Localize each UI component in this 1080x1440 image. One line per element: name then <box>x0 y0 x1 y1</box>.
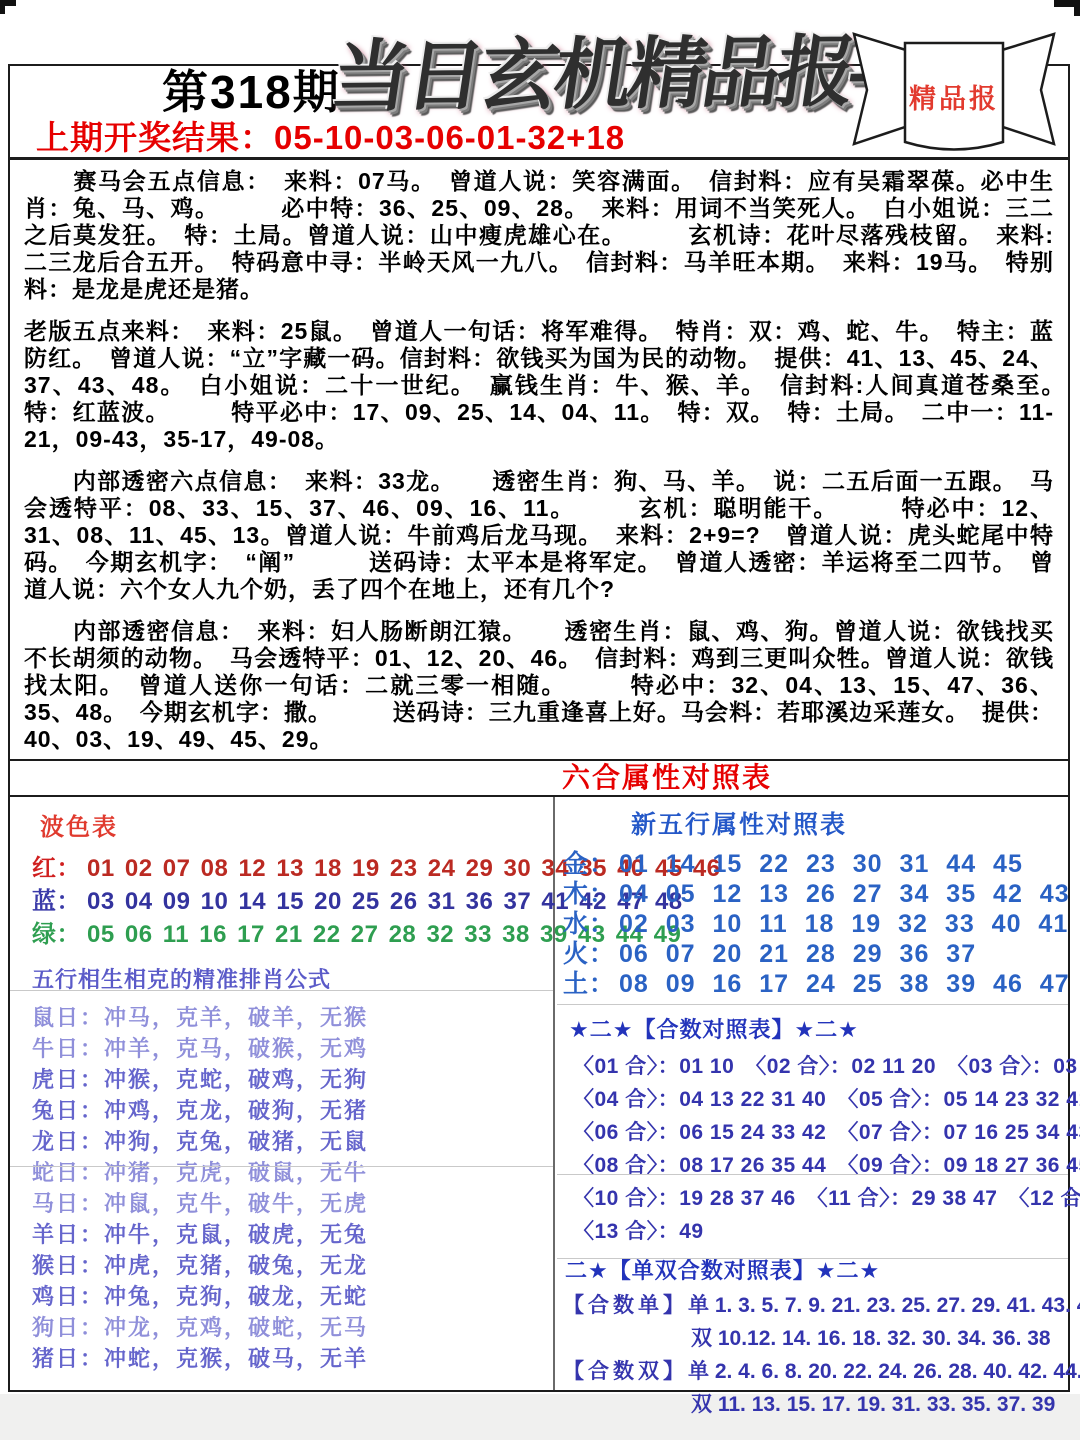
zodiac-row: 龙日：冲狗，克兔，破猪，无鼠 <box>32 1126 553 1157</box>
color-row-label: 绿： <box>32 921 81 948</box>
sum-table-row: 〈10 合〉：19 28 37 46 〈11 合〉：29 38 47 〈12 合… <box>573 1182 1080 1215</box>
tips-paragraph-2: 老版五点来料： 来料：25鼠。 曾道人一句话：将军难得。 特肖：双：鸡、蛇、牛。… <box>24 318 1054 453</box>
element-label: 金： <box>563 850 615 878</box>
color-row-green: 绿：05 06 11 16 17 21 22 27 28 32 33 38 39… <box>32 918 553 951</box>
five-elements-row-metal: 金：01 14 15 22 23 30 31 44 45 <box>563 849 1080 879</box>
sum-table-row: 〈08 合〉：08 17 26 35 44 〈09 合〉：09 18 27 36… <box>573 1149 1080 1182</box>
zodiac-row: 虎日：冲猴，克蛇，破鸡，无狗 <box>32 1064 553 1095</box>
color-row-red: 红：01 02 07 08 12 13 18 19 23 24 29 30 34… <box>32 852 553 885</box>
color-row-label: 红： <box>32 855 81 882</box>
element-numbers: 06 07 20 21 28 29 36 37 <box>619 940 976 968</box>
divider-line <box>557 1174 1068 1175</box>
sum-odd-label: 【合数单】 <box>563 1294 688 1317</box>
element-label: 水： <box>563 910 615 938</box>
sum-odd-line2: 双 10.12. 14. 16. 18. 32. 30. 34. 36. 38 <box>691 1322 1080 1355</box>
divider-line <box>10 990 553 991</box>
five-elements-title: 新五行属性对照表 <box>631 805 1080 841</box>
tips-paragraph-4: 内部透密信息： 来料：妇人肠断朗江猿。 透密生肖：鼠、鸡、狗。曾道人说：欲钱找买… <box>24 618 1054 751</box>
left-column: 波色表 红：01 02 07 08 12 13 18 19 23 24 29 3… <box>10 797 555 1390</box>
five-elements-row-water: 水：02 03 10 11 18 19 32 33 40 41 48 49 <box>563 909 1080 939</box>
tips-paragraphs: 赛马会五点信息： 来料：07马。 曾道人说：笑容满面。 信封料：应有吴霜翠葆。必… <box>10 160 1068 751</box>
page-frame: 第318期 上期开奖结果：05-10-03-06-01-32+18 当日玄机精品… <box>8 64 1070 1392</box>
five-elements-row-fire: 火：06 07 20 21 28 29 36 37 <box>563 939 1080 969</box>
sum-table-row: 〈13 合〉：49 <box>573 1215 1080 1248</box>
color-table-title: 波色表 <box>40 807 553 842</box>
element-numbers: 01 14 15 22 23 30 31 44 45 <box>619 850 1023 878</box>
section-title: 六合属性对照表 <box>10 759 1068 797</box>
zodiac-row: 牛日：冲羊，克马，破猴，无鸡 <box>32 1033 553 1064</box>
element-label: 火： <box>563 940 615 968</box>
sum-table-row: 〈06 合〉：06 15 24 33 42 〈07 合〉：07 16 25 34… <box>573 1116 1080 1149</box>
element-numbers: 08 09 16 17 24 25 38 39 46 47 <box>619 970 1070 998</box>
zodiac-row: 鸡日：冲兔，克狗，破龙，无蛇 <box>32 1281 553 1312</box>
ribbon-left-wing <box>854 34 908 144</box>
divider-line <box>557 1258 1068 1259</box>
sum-even-row: 【合数双】单 2. 4. 6. 8. 20. 22. 24. 26. 28. 4… <box>563 1355 1080 1388</box>
element-numbers: 04 05 12 13 26 27 34 35 42 43 <box>619 880 1070 908</box>
color-row-blue: 蓝：03 04 09 10 14 15 20 25 26 31 36 37 41… <box>32 885 553 918</box>
ribbon-label: 精品报 <box>909 83 999 114</box>
zodiac-row: 猪日：冲蛇，克猴，破马，无羊 <box>32 1343 553 1374</box>
sum-odd-row: 【合数单】单 1. 3. 5. 7. 9. 21. 23. 25. 27. 29… <box>563 1289 1080 1322</box>
sum-table-row: 〈01 合〉：01 10 〈02 合〉：02 11 20 〈03 合〉：03 1… <box>573 1050 1080 1083</box>
zodiac-row: 猴日：冲虎，克猪，破兔，无龙 <box>32 1250 553 1281</box>
zodiac-row: 狗日：冲龙，克鸡，破蛇，无马 <box>32 1312 553 1343</box>
sum-even-line1: 单 2. 4. 6. 8. 20. 22. 24. 26. 28. 40. 42… <box>688 1360 1080 1383</box>
divider-line <box>557 1004 1068 1005</box>
zodiac-row: 马日：冲鼠，克牛，破牛，无虎 <box>32 1188 553 1219</box>
scan-corner-mark <box>0 0 5 14</box>
five-elements-row-wood: 木：04 05 12 13 26 27 34 35 42 43 <box>563 879 1080 909</box>
sum-table-row: 〈04 合〉：04 13 22 31 40 〈05 合〉：05 14 23 32… <box>573 1083 1080 1116</box>
tips-paragraph-1: 赛马会五点信息： 来料：07马。 曾道人说：笑容满面。 信封料：应有吴霜翠葆。必… <box>24 168 1054 303</box>
zodiac-row: 羊日：冲牛，克鼠，破虎，无兔 <box>32 1219 553 1250</box>
element-label: 木： <box>563 880 615 908</box>
element-numbers: 02 03 10 11 18 19 32 33 40 41 48 49 <box>619 910 1080 938</box>
right-column: 新五行属性对照表 金：01 14 15 22 23 30 31 44 45 木：… <box>555 797 1080 1390</box>
five-elements-row-earth: 土：08 09 16 17 24 25 38 39 46 47 <box>563 969 1080 999</box>
tips-paragraph-3: 内部透密六点信息： 来料：33龙。 透密生肖：狗、马、羊。 说：二五后面一五跟。… <box>24 468 1054 603</box>
masthead-title: 当日玄机精品报—B <box>322 11 902 147</box>
color-row-label: 蓝： <box>32 888 81 915</box>
ribbon-banner: 精品报 <box>848 20 1060 162</box>
zodiac-row: 鼠日：冲马，克羊，破羊，无猴 <box>32 1002 553 1033</box>
reference-tables: 波色表 红：01 02 07 08 12 13 18 19 23 24 29 3… <box>10 797 1068 1390</box>
newspaper-page: 第318期 上期开奖结果：05-10-03-06-01-32+18 当日玄机精品… <box>0 0 1080 1440</box>
last-draw-label: 上期开奖结果： <box>36 119 274 156</box>
sum-odd-line1: 单 1. 3. 5. 7. 9. 21. 23. 25. 27. 29. 41.… <box>688 1294 1080 1317</box>
sum-table-header: ★二★【合数对照表】★二★ <box>569 1013 1080 1044</box>
zodiac-row: 蛇日：冲猪，克虎，破鼠，无牛 <box>32 1157 553 1188</box>
ribbon-right-wing <box>1000 34 1054 144</box>
scan-corner-mark <box>1074 0 1080 16</box>
sum-even-line2: 双 11. 13. 15. 17. 19. 31. 33. 35. 37. 39 <box>691 1388 1080 1421</box>
divider-line <box>10 1166 553 1167</box>
element-label: 土： <box>563 970 615 998</box>
zodiac-row: 兔日：冲鸡，克龙，破狗，无猪 <box>32 1095 553 1126</box>
sum-even-label: 【合数双】 <box>563 1360 688 1383</box>
